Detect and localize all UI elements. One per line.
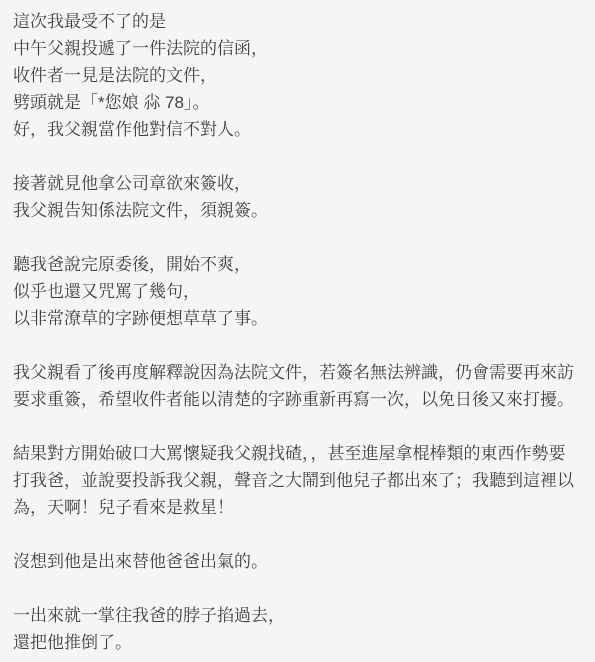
text-line: 我父親看了後再度解釋說因為法院文件，若簽名無法辨識，仍會需要再來訪 bbox=[13, 359, 583, 386]
text-line: 劈頭就是「*您娘 尛 78」。 bbox=[13, 89, 583, 116]
paragraph: 接著就見他拿公司章欲來簽收， 我父親告知係法院文件，須親簽。 bbox=[13, 170, 583, 224]
paragraph: 一出來就一掌往我爸的脖子掐過去， 還把他推倒了。 bbox=[13, 602, 583, 656]
text-line: 收件者一見是法院的文件， bbox=[13, 62, 583, 89]
text-line: 要求重簽，希望收件者能以清楚的字跡重新再寫一次，以免日後又來打擾。 bbox=[13, 386, 583, 413]
text-line: 好，我父親當作他對信不對人。 bbox=[13, 116, 583, 143]
text-line: 中午父親投遞了一件法院的信函， bbox=[13, 35, 583, 62]
text-line: 聽我爸說完原委後，開始不爽， bbox=[13, 251, 583, 278]
text-line: 一出來就一掌往我爸的脖子掐過去， bbox=[13, 602, 583, 629]
text-line: 打我爸，並說要投訴我父親，聲音之大鬧到他兒子都出來了；我聽到這裡以 bbox=[13, 467, 583, 494]
text-line: 似乎也還又咒罵了幾句， bbox=[13, 278, 583, 305]
paragraph: 沒想到他是出來替他爸爸出氣的。 bbox=[13, 548, 583, 575]
paragraph: 結果對方開始破口大罵懷疑我父親找碴，，甚至進屋拿棍棒類的東西作勢要 打我爸，並說… bbox=[13, 440, 583, 521]
text-line: 以非常潦草的字跡便想草草了事。 bbox=[13, 305, 583, 332]
text-line: 還把他推倒了。 bbox=[13, 629, 583, 656]
text-line: 這次我最受不了的是 bbox=[13, 8, 583, 35]
text-line: 為，天啊！兒子看來是救星！ bbox=[13, 494, 583, 521]
paragraph: 聽我爸說完原委後，開始不爽， 似乎也還又咒罵了幾句， 以非常潦草的字跡便想草草了… bbox=[13, 251, 583, 332]
paragraph: 我父親看了後再度解釋說因為法院文件，若簽名無法辨識，仍會需要再來訪 要求重簽，希… bbox=[13, 359, 583, 413]
text-line: 沒想到他是出來替他爸爸出氣的。 bbox=[13, 548, 583, 575]
paragraph: 這次我最受不了的是 中午父親投遞了一件法院的信函， 收件者一見是法院的文件， 劈… bbox=[13, 8, 583, 143]
text-line: 我父親告知係法院文件，須親簽。 bbox=[13, 197, 583, 224]
post-body: 這次我最受不了的是 中午父親投遞了一件法院的信函， 收件者一見是法院的文件， 劈… bbox=[0, 0, 595, 656]
text-line: 接著就見他拿公司章欲來簽收， bbox=[13, 170, 583, 197]
text-line: 結果對方開始破口大罵懷疑我父親找碴，，甚至進屋拿棍棒類的東西作勢要 bbox=[13, 440, 583, 467]
